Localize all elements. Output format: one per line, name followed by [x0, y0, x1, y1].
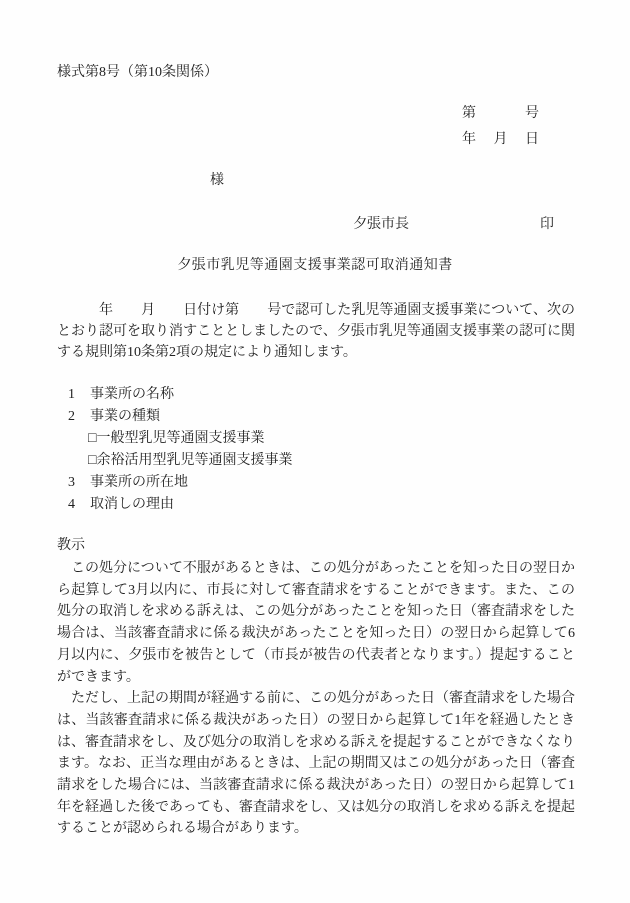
list-item-label: 事業所の所在地 [90, 475, 188, 490]
list-item-number: 3 [68, 472, 90, 494]
list-item-label: 取消しの理由 [90, 497, 174, 512]
list-item: 1事業所の名称 [57, 384, 575, 406]
list-item: 3事業所の所在地 [57, 472, 575, 494]
notice-section: この処分について不服があるときは、この処分があったことを知った日の翌日から起算し… [57, 558, 575, 840]
list-item-label: 事業の種類 [90, 409, 160, 424]
list-item-number: 2 [68, 406, 90, 428]
list-item-number: 4 [68, 494, 90, 516]
date-year-label: 年 [462, 129, 476, 150]
document-page: 様式第8号（第10条関係） 第 号 年 月 日 様 夕張市長 印 夕張市乳児等通… [0, 0, 630, 903]
checkbox-option-label: 余裕活用型乳児等通園支援事業 [96, 453, 292, 468]
document-title: 夕張市乳児等通園支援事業認可取消通知書 [0, 255, 630, 276]
seal-mark: 印 [540, 214, 554, 235]
sender-line: 夕張市長 印 [353, 214, 554, 235]
notice-paragraph: この処分について不服があるときは、この処分があったことを知った日の翌日から起算し… [57, 558, 575, 688]
notice-heading: 教示 [57, 535, 85, 556]
date-month-label: 月 [494, 129, 508, 150]
list-item-number: 1 [68, 384, 90, 406]
intro-paragraph: 年 月 日付け第 号で認可した乳児等通園支援事業について、次のとおり認可を取り消… [57, 300, 575, 363]
list-item: 2事業の種類 [57, 406, 575, 428]
list-item-label: 事業所の名称 [90, 387, 174, 402]
sender-name: 夕張市長 [353, 214, 409, 235]
document-number-suffix: 号 [525, 103, 539, 124]
checkbox-option-label: 一般型乳児等通園支援事業 [96, 431, 264, 446]
addressee-honorific: 様 [210, 170, 224, 191]
document-number-prefix: 第 [462, 103, 476, 124]
document-number-line: 第 号 [462, 103, 539, 124]
checkbox-option-general: □一般型乳児等通園支援事業 [57, 428, 575, 450]
form-number: 様式第8号（第10条関係） [57, 62, 218, 83]
checkbox-option-surplus: □余裕活用型乳児等通園支援事業 [57, 450, 575, 472]
date-day-label: 日 [525, 129, 539, 150]
notice-paragraph: ただし、上記の期間が経過する前に、この処分があった日（審査請求をした場合は、当該… [57, 688, 575, 840]
list-item: 4取消しの理由 [57, 494, 575, 516]
numbered-list: 1事業所の名称 2事業の種類 □一般型乳児等通園支援事業 □余裕活用型乳児等通園… [57, 384, 575, 516]
date-line: 年 月 日 [462, 129, 539, 150]
